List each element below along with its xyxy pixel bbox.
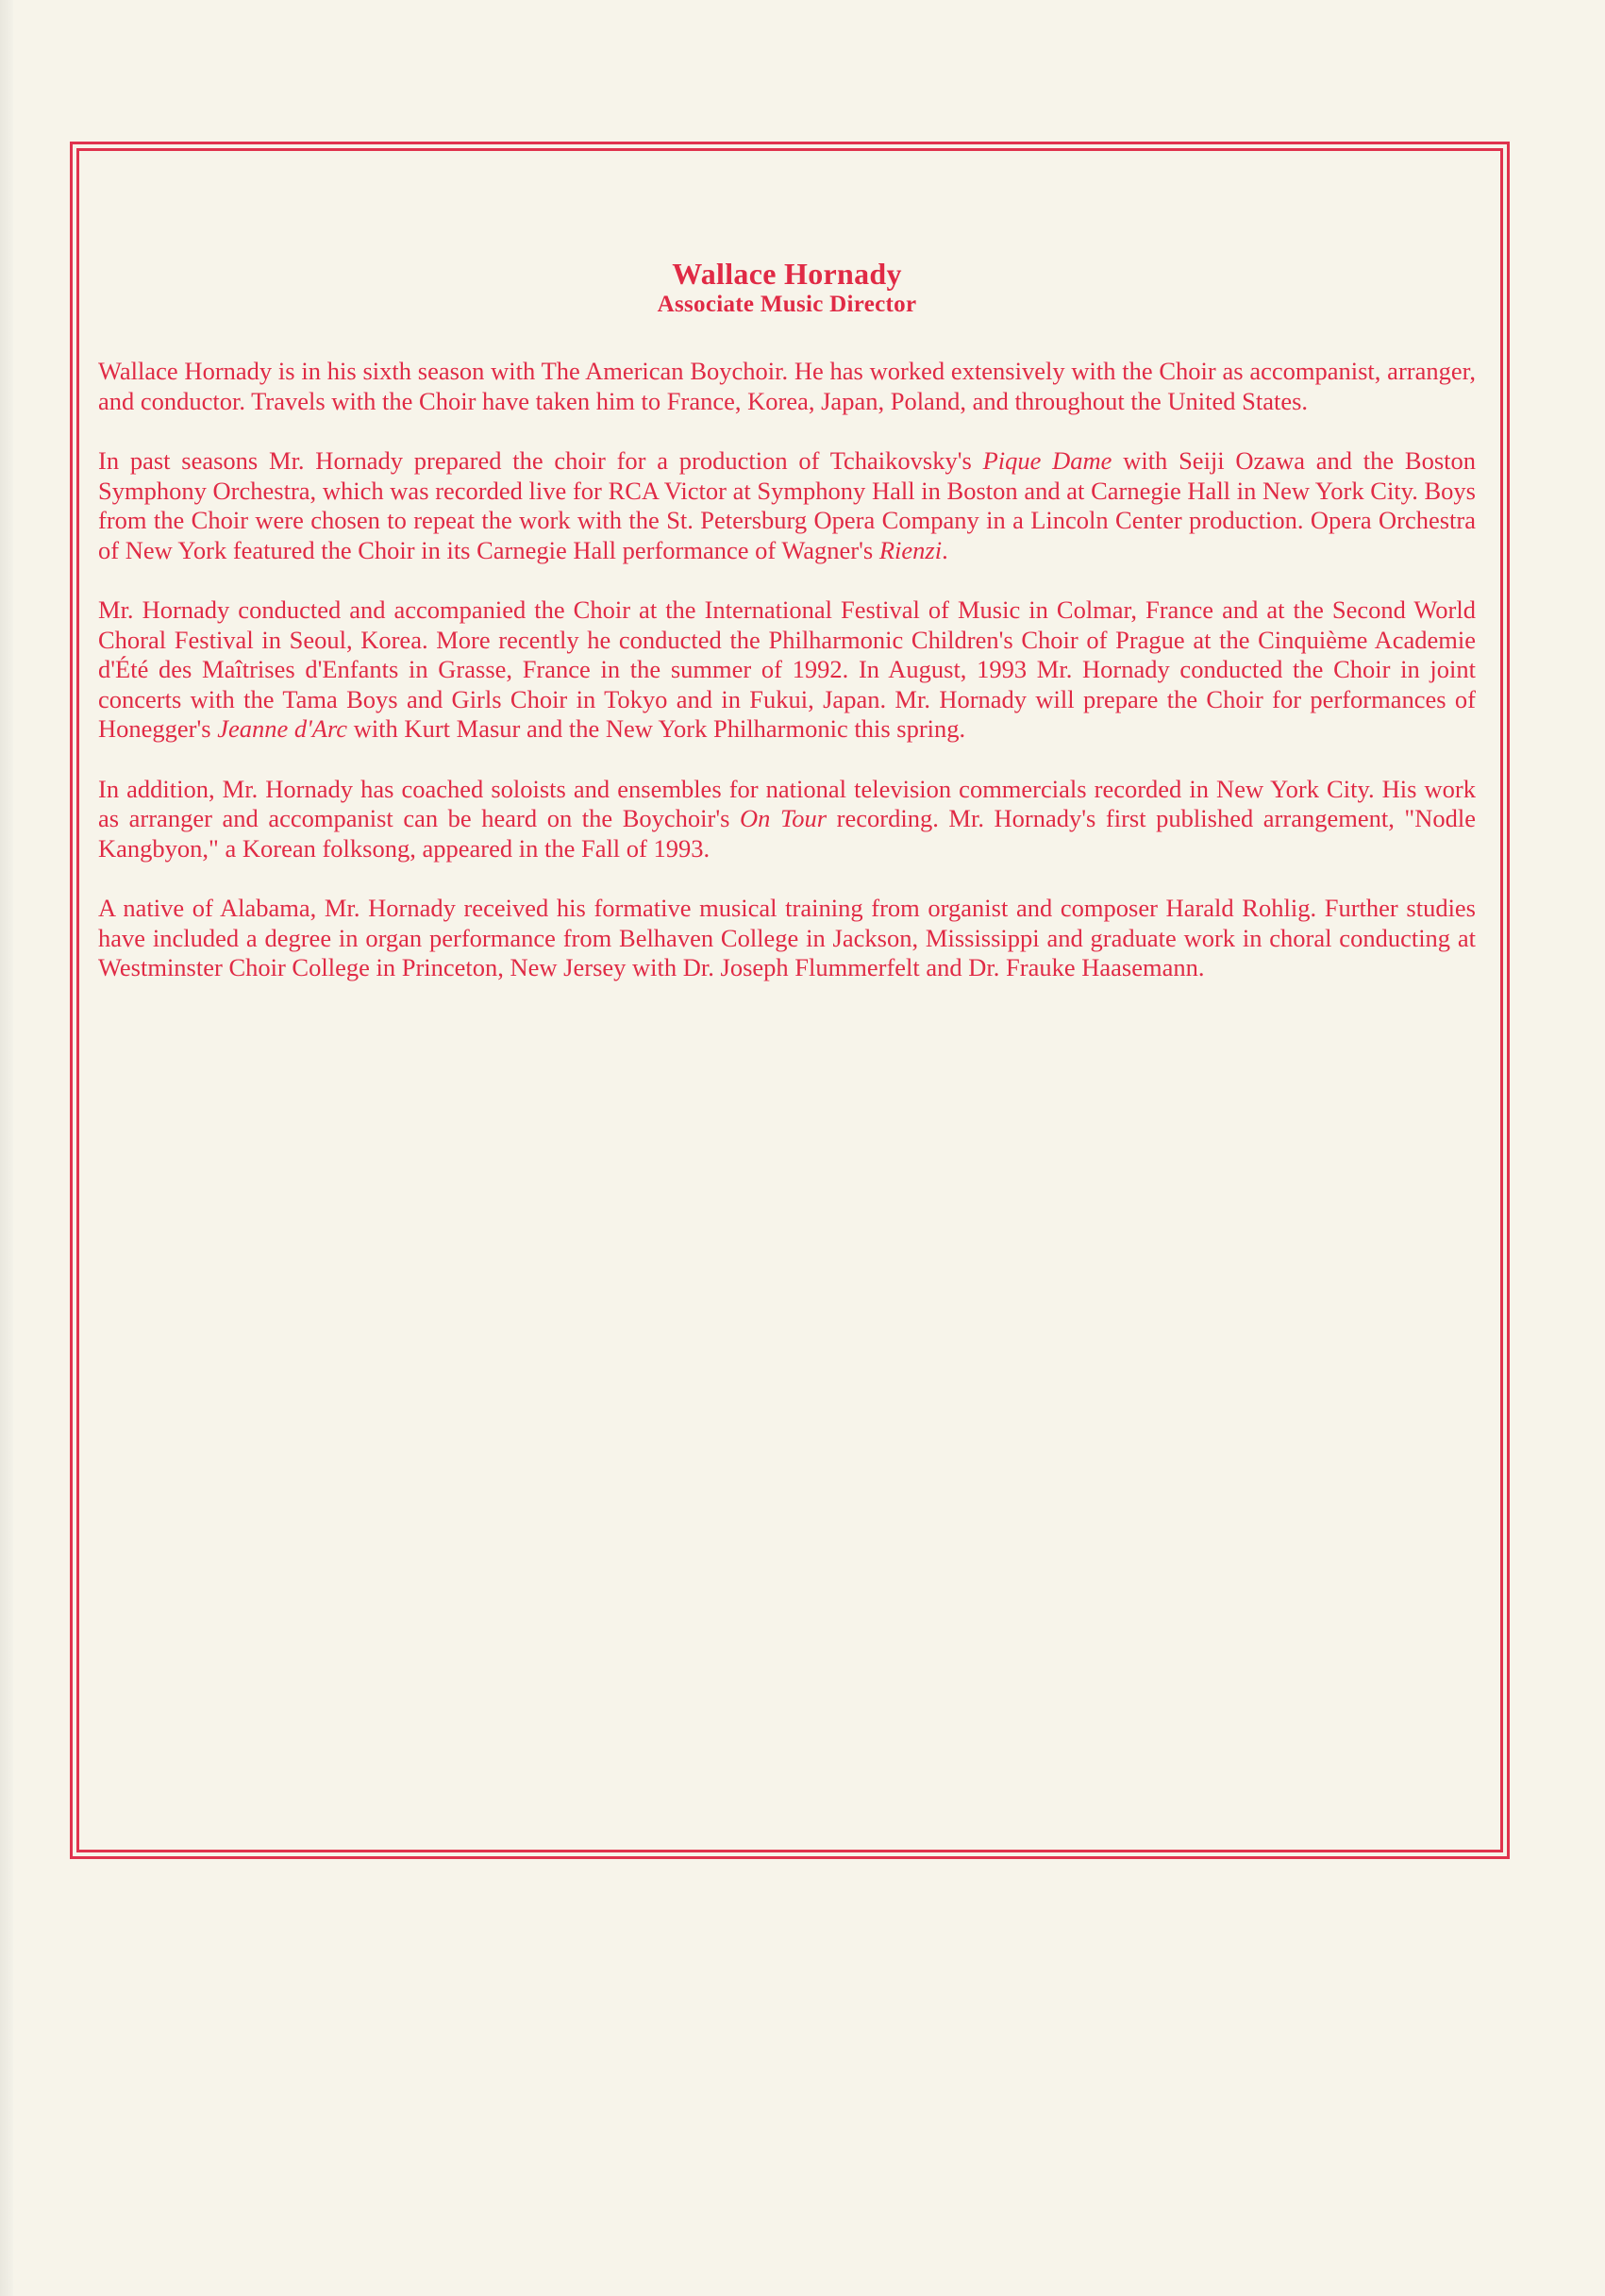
work-title: Jeanne d'Arc (217, 714, 347, 743)
text-run: with Kurt Masur and the New York Philhar… (347, 714, 965, 743)
work-title: Rienzi (879, 536, 942, 564)
bio-paragraph: In past seasons Mr. Hornady prepared the… (98, 446, 1476, 565)
bio-paragraphs: Wallace Hornady is in his sixth season w… (98, 357, 1476, 983)
text-run: . (942, 536, 948, 564)
paper-edge-shadow (0, 0, 13, 2296)
page-title: Wallace Hornady (98, 257, 1476, 291)
work-title: On Tour (740, 804, 827, 832)
bio-paragraph: In addition, Mr. Hornady has coached sol… (98, 775, 1476, 864)
bio-content: Wallace Hornady Associate Music Director… (98, 257, 1476, 1014)
work-title: Pique Dame (983, 446, 1112, 475)
text-run: A native of Alabama, Mr. Hornady receive… (98, 894, 1476, 981)
bio-paragraph: Wallace Hornady is in his sixth season w… (98, 357, 1476, 416)
text-run: In past seasons Mr. Hornady prepared the… (98, 446, 983, 475)
heading-block: Wallace Hornady Associate Music Director (98, 257, 1476, 319)
bio-paragraph: A native of Alabama, Mr. Hornady receive… (98, 894, 1476, 983)
page-subtitle: Associate Music Director (98, 291, 1476, 319)
text-run: Wallace Hornady is in his sixth season w… (98, 357, 1476, 415)
bio-paragraph: Mr. Hornady conducted and accompanied th… (98, 595, 1476, 745)
